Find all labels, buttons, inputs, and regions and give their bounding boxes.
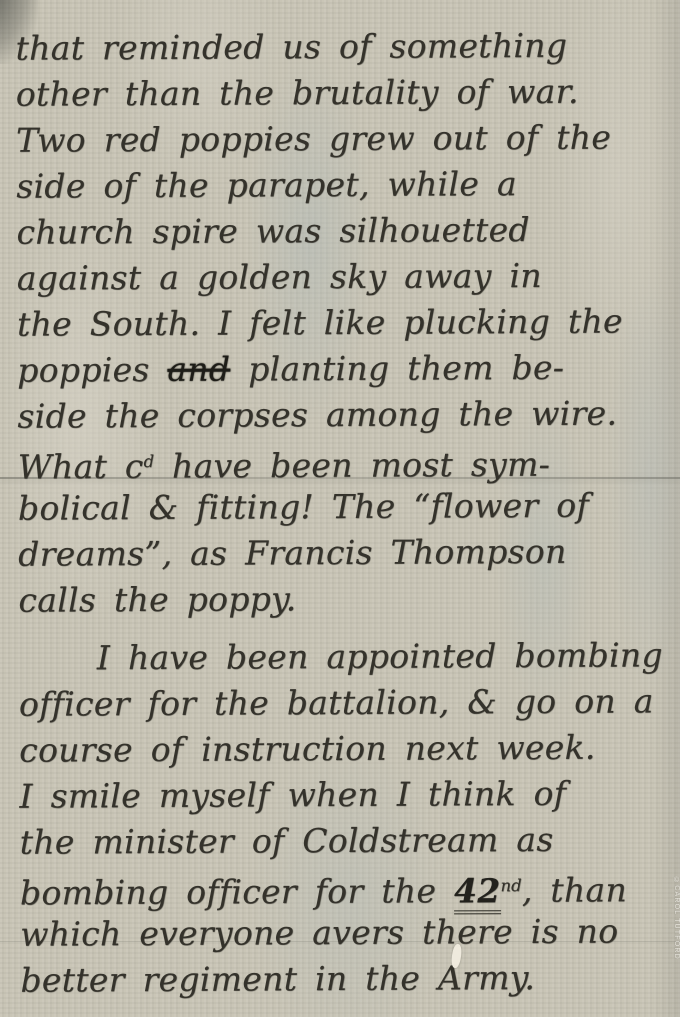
handwritten-line: that reminded us of something [15,22,670,71]
copyright-stamp: ©CAROL TUTFORD [673,877,680,960]
handwritten-text: Two red poppies grew out of the [16,118,611,160]
handwritten-line: dreams”, as Francis Thompson [18,528,673,577]
handwritten-line: other than the brutality of war. [16,68,671,117]
handwritten-text: poppies [17,350,167,390]
handwritten-text: against a golden sky away in [17,256,542,298]
handwritten-line: church spire was silhouetted [16,206,671,255]
handwritten-text: bombing officer for the [20,871,454,912]
handwritten-line: better regiment in the Army. [20,954,675,1003]
letter-body: that reminded us of somethingother than … [15,22,675,1003]
handwritten-text: other than the brutality of war. [16,72,579,114]
handwritten-line: Two red poppies grew out of the [16,114,671,163]
handwritten-line: side the corpses among the wire. [17,390,672,439]
handwritten-line: the minister of Coldstream as [20,816,675,865]
handwritten-text: which everyone avers there is no [20,912,618,954]
handwritten-text: planting them be- [230,348,564,389]
handwritten-text: side of the parapet, while a [16,164,517,206]
handwritten-text: dreams”, as Francis Thompson [18,532,567,574]
handwritten-text: have been most sym- [154,445,550,486]
handwritten-line: course of instruction next week. [19,724,674,773]
handwritten-line: officer for the battalion, & go on a [19,678,674,727]
handwritten-text: church spire was silhouetted [16,210,529,252]
handwritten-text: bolical & fitting! The “flower of [18,486,589,528]
handwritten-line: bolical & fitting! The “flower of [18,482,673,531]
handwritten-text: 42 [454,871,501,914]
handwritten-line: bombing officer for the 42nd, than [20,862,675,911]
handwritten-text: I have been appointed bombing [97,635,663,677]
handwritten-line: the South. I felt like plucking the [17,298,672,347]
handwritten-text: nd [500,876,521,895]
letter-page: that reminded us of somethingother than … [0,0,680,1017]
handwritten-text: side the corpses among the wire. [17,394,617,436]
handwritten-line: which everyone avers there is no [20,908,675,957]
handwritten-text: calls the poppy. [18,579,296,619]
handwritten-text: officer for the battalion, & go on a [19,681,654,723]
handwritten-line: I have been appointed bombing [19,632,674,681]
handwritten-line: against a golden sky away in [17,252,672,301]
handwritten-text: the minister of Coldstream as [20,820,554,862]
handwritten-text: course of instruction next week. [19,728,596,770]
handwritten-line: poppies and planting them be- [17,344,672,393]
handwritten-text: I smile myself when I think of [19,774,566,816]
handwritten-line: calls the poppy. [18,574,673,623]
handwritten-text: that reminded us of something [15,26,567,68]
handwritten-text: d [144,452,155,471]
handwritten-text: , than [522,870,627,910]
handwritten-line: What cd have been most sym- [18,436,673,485]
handwritten-line: side of the parapet, while a [16,160,671,209]
handwritten-text: the South. I felt like plucking the [17,302,623,344]
handwritten-text: and [167,350,230,389]
handwritten-line: I smile myself when I think of [19,770,674,819]
handwritten-text: What c [18,447,144,487]
